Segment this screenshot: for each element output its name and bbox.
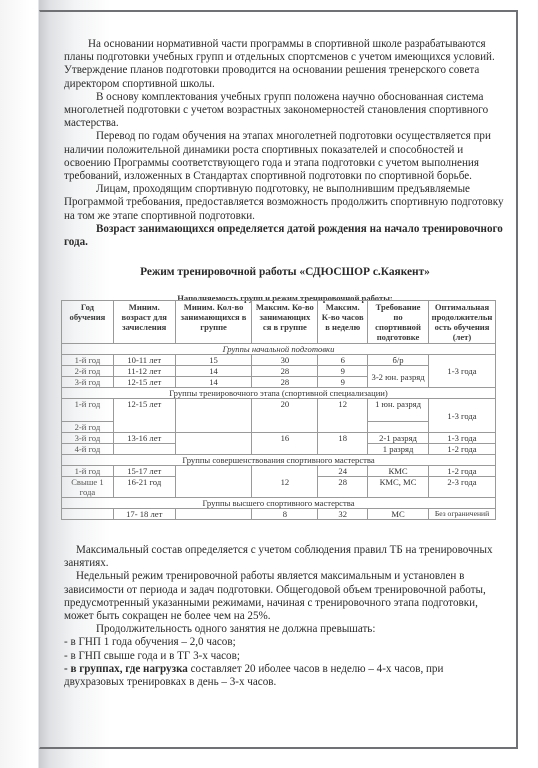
list-item: - в группах, где нагрузка составляет 20 … (64, 663, 506, 689)
training-groups-table: Год обучения Миним. возраст для зачислен… (61, 300, 496, 520)
cell-min: 14 (175, 377, 252, 388)
header-max-count: Максим. Ко-во занимающих ся в группе (252, 301, 318, 344)
cell-hours: 6 (318, 355, 368, 366)
header-duration: Оптимальная продолжительн ость обучения … (428, 301, 495, 344)
table-header-row: Год обучения Миним. возраст для зачислен… (62, 301, 496, 344)
cell-requirement: 1 юн. разряд (368, 399, 429, 422)
cell-requirement: МС (368, 509, 429, 520)
cell-year (62, 509, 114, 520)
paragraph-weekly-mode: Недельный режим тренировочной работы явл… (64, 570, 506, 623)
group-title: Группы начальной подготовки (62, 344, 496, 355)
group-header-row: Группы тренировочного этапа (спортивной … (62, 388, 496, 399)
cell-max: 8 (252, 509, 318, 520)
cell-year: 3-й год (62, 377, 114, 388)
cell-min (175, 509, 252, 520)
cell-year: 1-й год (62, 355, 114, 366)
cell-requirement: б/р (368, 355, 429, 366)
cell-requirement (368, 422, 429, 433)
cell-age: 12-15 лет (113, 399, 175, 433)
cell-hours: 32 (318, 509, 368, 520)
cell-requirement: 3-2 юн. разряд (368, 366, 429, 388)
cell-max: 28 (252, 366, 318, 377)
cell-min (175, 399, 252, 433)
cell-age: 11-12 лет (113, 366, 175, 377)
cell-age: 16-21 год (113, 477, 175, 498)
cell-duration: 1-3 года (428, 399, 495, 433)
cell-year: 4-й год (62, 444, 114, 455)
cell-duration: Без ограничений (428, 509, 495, 520)
table-row: 1-й год 10-11 лет 15 30 6 б/р 1-3 года (62, 355, 496, 366)
list-item: - в ГНП 1 года обучения – 2,0 часов; (64, 636, 506, 649)
cell-year: 1-й год (62, 466, 114, 477)
header-requirement: Требование по спортивной подготовке (368, 301, 429, 344)
cell-max: 16 (252, 433, 318, 455)
group-title: Группы совершенствования спортивного мас… (62, 455, 496, 466)
group-header-row: Группы высшего спортивного мастерства (62, 498, 496, 509)
group-title: Группы высшего спортивного мастерства (62, 498, 496, 509)
table-row: 1-й год 15-17 лет 12 24 КМС 1-2 года (62, 466, 496, 477)
cell-min (175, 466, 252, 498)
group-header-row: Группы начальной подготовки (62, 344, 496, 355)
paragraph-transfer: Перевод по годам обучения на этапах мног… (64, 130, 506, 183)
cell-age: 12-15 лет (113, 377, 175, 388)
cell-year: 2-й год (62, 422, 114, 433)
cell-year: 1-й год (62, 399, 114, 422)
paragraph-max-composition: Максимальный состав определяется с учето… (64, 544, 506, 570)
group-title: Группы тренировочного этапа (спортивной … (62, 388, 496, 399)
cell-age: 10-11 лет (113, 355, 175, 366)
cell-hours: 28 (318, 477, 368, 498)
cell-age (113, 444, 175, 455)
cell-max: 12 (252, 466, 318, 498)
cell-hours: 9 (318, 377, 368, 388)
cell-year: 3-й год (62, 433, 114, 444)
cell-hours: 18 (318, 433, 368, 455)
cell-age: 15-17 лет (113, 466, 175, 477)
cell-duration: 1-3 года (428, 433, 495, 444)
table-row: 17- 18 лет 8 32 МС Без ограничений (62, 509, 496, 520)
table-row: 3-й год 13-16 лет 16 18 2-1 разряд 1-3 г… (62, 433, 496, 444)
cell-max: 20 (252, 399, 318, 433)
paragraph-age-rule: Возраст занимающихся определяется датой … (64, 223, 506, 249)
cell-requirement: КМС (368, 466, 429, 477)
paragraph-repeat: Лицам, проходящим спортивную подготовку,… (64, 183, 506, 223)
document-notes: Максимальный состав определяется с учето… (64, 544, 506, 689)
section-title: Режим тренировочной работы «СДЮСШОР с.Ка… (64, 266, 506, 279)
cell-requirement: КМС, МС (368, 477, 429, 498)
cell-min: 14 (175, 366, 252, 377)
table-row: 1-й год 12-15 лет 20 12 1 юн. разряд 1-3… (62, 399, 496, 422)
cell-hours: 9 (318, 366, 368, 377)
paragraph-session-duration: Продолжительность одного занятия не долж… (64, 623, 506, 636)
header-year: Год обучения (62, 301, 114, 344)
cell-requirement: 2-1 разряд (368, 433, 429, 444)
cell-hours: 24 (318, 466, 368, 477)
group-header-row: Группы совершенствования спортивного мас… (62, 455, 496, 466)
cell-hours: 12 (318, 399, 368, 433)
cell-duration: 1-3 года (428, 355, 495, 388)
document-body: На основании нормативной части программы… (64, 38, 506, 306)
paragraph-planning: На основании нормативной части программы… (64, 38, 506, 91)
paragraph-grouping: В основу комплектования учебных групп по… (64, 91, 506, 131)
header-min-count: Миним. Кол-во занимающихся в группе (175, 301, 252, 344)
list-item: - в ГНП свыше года и в ТГ 3-х часов; (64, 650, 506, 663)
cell-age: 17- 18 лет (113, 509, 175, 520)
cell-duration: 1-2 года (428, 444, 495, 455)
cell-max: 28 (252, 377, 318, 388)
list-item-bold: - в группах, где нагрузка (64, 663, 188, 675)
cell-requirement: 1 разряд (368, 444, 429, 455)
cell-duration: 2-3 года (428, 477, 495, 498)
cell-year: 2-й год (62, 366, 114, 377)
cell-min (175, 433, 252, 455)
cell-max: 30 (252, 355, 318, 366)
header-min-age: Миним. возраст для зачисления (113, 301, 175, 344)
cell-duration: 1-2 года (428, 466, 495, 477)
cell-year: Свыше 1 года (62, 477, 114, 498)
cell-min: 15 (175, 355, 252, 366)
header-max-hours: Максим. К-во часов в неделю (318, 301, 368, 344)
cell-age: 13-16 лет (113, 433, 175, 444)
